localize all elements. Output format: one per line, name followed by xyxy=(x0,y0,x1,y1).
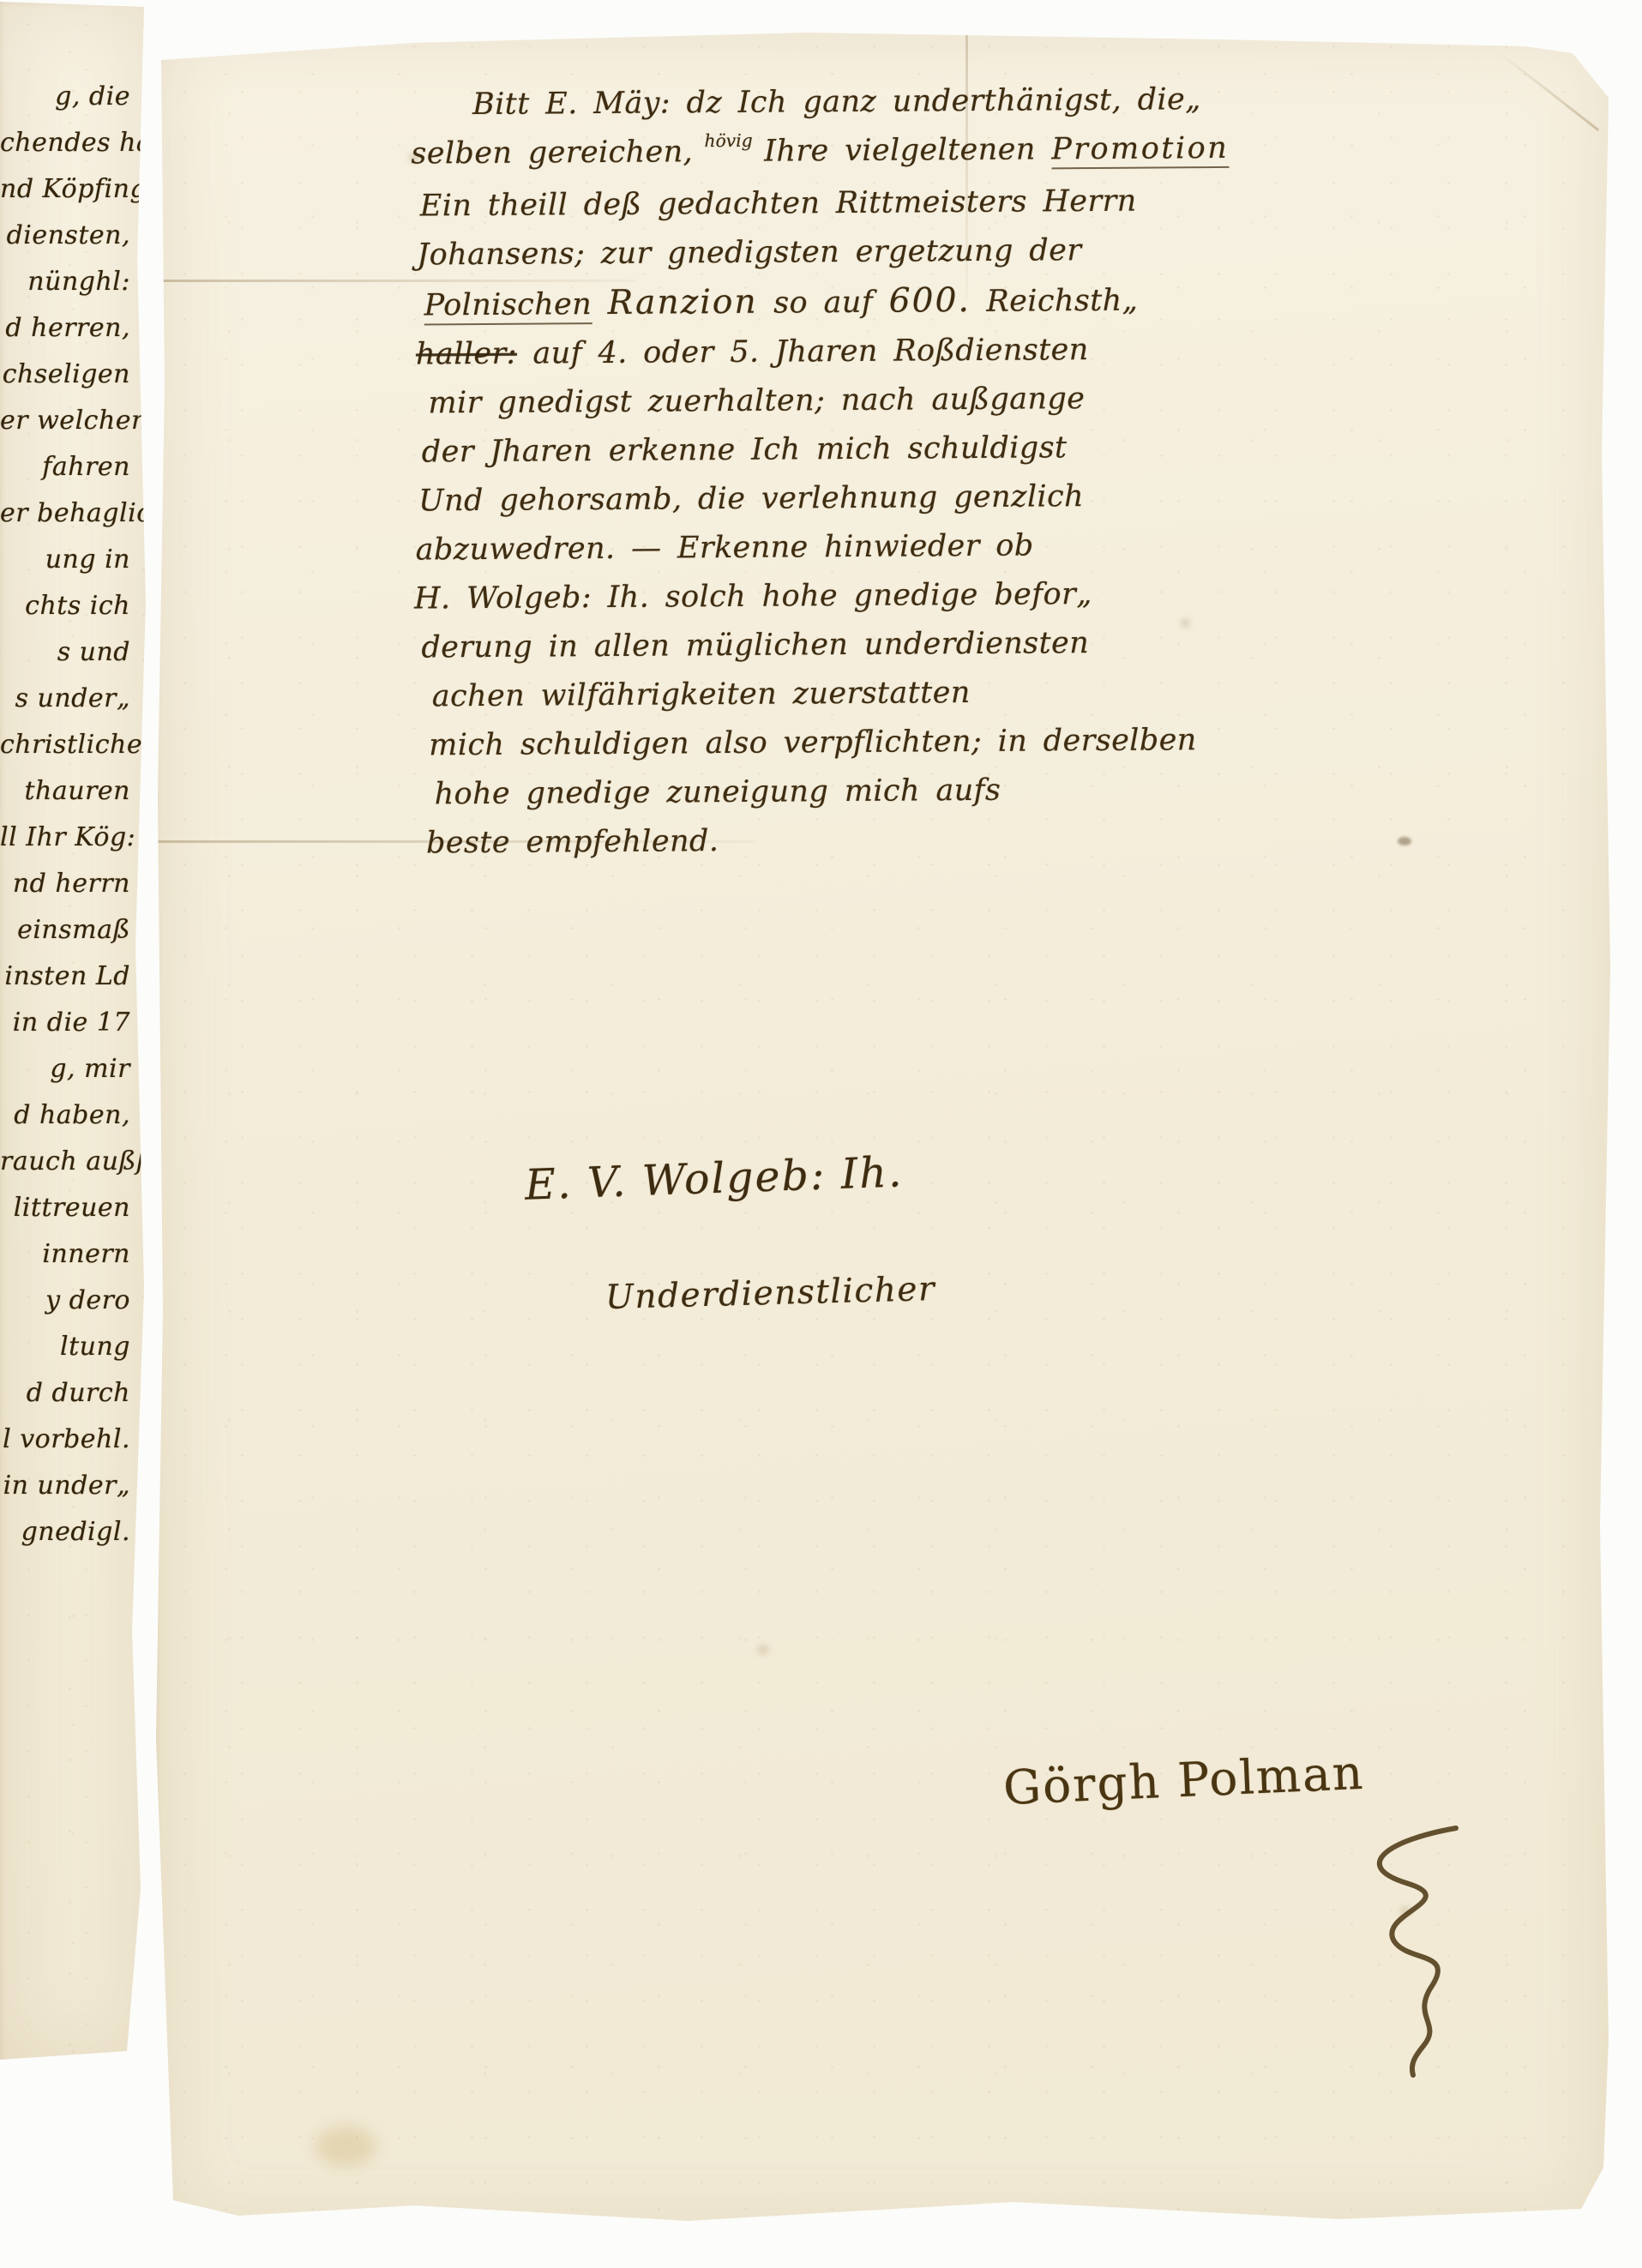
manuscript-word-segment: Ihre vielgeltenen xyxy=(764,132,1051,168)
adjacent-page-fragment: innern xyxy=(0,1231,130,1278)
manuscript-word-segment: Ein theill deß gedachten Rittmeisters He… xyxy=(420,184,1137,224)
adjacent-page-fragment: chseligen xyxy=(0,352,130,398)
adjacent-page-fragment: s und xyxy=(0,629,130,676)
adjacent-page-fragment: d herren, xyxy=(0,305,130,352)
adjacent-page-fragment: gnedigl. xyxy=(0,1509,130,1555)
manuscript-line: derung in allen müglichen underdiensten xyxy=(421,616,1529,672)
manuscript-word-segment: mich schuldigen also verpflichten; in de… xyxy=(429,723,1197,762)
adjacent-page-fragment: einsmaß xyxy=(0,907,130,954)
manuscript-line: der Jharen erkenne Ich mich schuldigst xyxy=(422,420,1528,477)
adjacent-page-fragment: nünghl: xyxy=(0,259,130,305)
manuscript-word-segment: Promotion xyxy=(1051,131,1229,169)
manuscript-line: haller: auf 4. oder 5. Jharen Roßdienste… xyxy=(416,322,1527,379)
manuscript-line: H. Wolgeb: Ih. solch hohe gnedige befor„ xyxy=(414,567,1529,623)
manuscript-word-segment: hövig xyxy=(693,129,764,151)
manuscript-word-segment: H. Wolgeb: Ih. solch hohe gnedige befor„ xyxy=(414,577,1092,617)
letter-body-text: Bitt E. Mäy: dz Ich ganz underthänigst, … xyxy=(411,73,1531,868)
adjacent-page-fragment: chendes halb xyxy=(0,120,130,166)
adjacent-page-fragment: nd Köpfingh. xyxy=(0,166,130,213)
manuscript-word-segment: mir gnedigst zuerhalten; nach außgange xyxy=(428,382,1085,420)
manuscript-word-segment: selben gereichen, xyxy=(411,135,693,171)
manuscript-line: hohe gnedige zuneigung mich aufs xyxy=(434,762,1530,819)
manuscript-word-segment: achen wilfährigkeiten zuerstatten xyxy=(432,676,971,713)
manuscript-line: beste empfehlend. xyxy=(426,811,1531,868)
adjacent-page-fragment: rauch außß„ xyxy=(0,1139,130,1185)
adjacent-page-fragment: insten Ld xyxy=(0,954,130,1000)
manuscript-word-segment: Reichsth„ xyxy=(971,284,1139,319)
manuscript-line: Bitt E. Mäy: dz Ich ganz underthänigst, … xyxy=(472,73,1525,129)
manuscript-line: achen wilfährigkeiten zuerstatten xyxy=(432,665,1530,721)
adjacent-page-fragment: y dero xyxy=(0,1278,130,1324)
valediction-line: E. V. Wolgeb: Ih. xyxy=(524,1147,904,1209)
adjacent-page-fragment: diensten, xyxy=(0,213,130,259)
manuscript-line: Ein theill deß gedachten Rittmeisters He… xyxy=(420,174,1526,231)
adjacent-page-fragment: l vorbehl. xyxy=(0,1417,130,1463)
adjacent-page-strip: g, diechendes halbnd Köpfingh.diensten,n… xyxy=(0,2,151,2066)
manuscript-line: Polnischen Ranzion so auf 600. Reichsth„ xyxy=(424,272,1526,330)
letter-page: Bitt E. Mäy: dz Ich ganz underthänigst, … xyxy=(156,24,1614,2241)
valediction-role: Underdienstlicher xyxy=(604,1270,935,1317)
manuscript-word-segment: auf 4. oder 5. Jharen Roßdiensten xyxy=(517,333,1089,371)
manuscript-word-segment: Ranzion xyxy=(607,283,757,322)
paper-stain xyxy=(316,2127,376,2166)
manuscript-word-segment: Polnischen xyxy=(424,287,592,325)
adjacent-page-fragment: d durch xyxy=(0,1370,130,1417)
adjacent-page-fragment: christlichen xyxy=(0,722,130,768)
manuscript-word-segment: haller: xyxy=(416,337,517,372)
adjacent-page-fragment: s under„ xyxy=(0,676,130,722)
manuscript-word-segment: Johansens; zur gnedigsten ergetzung der xyxy=(417,233,1081,272)
manuscript-word-segment: derung in allen müglichen underdiensten xyxy=(421,626,1089,665)
adjacent-page-fragment: ung in xyxy=(0,537,130,583)
manuscript-word-segment: 600. xyxy=(889,281,971,321)
adjacent-page-fragment: ll Ihr Kög: xyxy=(0,815,130,861)
adjacent-page-fragment: er welchen xyxy=(0,398,130,444)
manuscript-word-segment: Und gehorsamb, die verlehnung genzlich xyxy=(418,479,1084,518)
adjacent-page-fragment: d haben, xyxy=(0,1092,130,1139)
manuscript-scan: g, diechendes halbnd Köpfingh.diensten,n… xyxy=(0,0,1642,2268)
manuscript-word-segment: so auf xyxy=(758,286,889,321)
manuscript-word-segment xyxy=(592,287,608,322)
manuscript-line: Johansens; zur gnedigsten ergetzung der xyxy=(417,223,1526,280)
adjacent-page-text-block: g, diechendes halbnd Köpfingh.diensten,n… xyxy=(0,74,130,1555)
adjacent-page-fragment: littreuen xyxy=(0,1185,130,1231)
signature-paraph-flourish xyxy=(1327,1821,1473,2078)
manuscript-line: Und gehorsamb, die verlehnung genzlich xyxy=(418,469,1528,526)
adjacent-page-fragment: nd herrn xyxy=(0,861,130,907)
adjacent-page-fragment: in die 17 xyxy=(0,1000,130,1046)
adjacent-page-fragment: chts ich xyxy=(0,583,130,629)
fox-spot xyxy=(758,1646,768,1653)
manuscript-word-segment: der Jharen erkenne Ich mich schuldigst xyxy=(422,430,1068,469)
manuscript-line: selben gereichen, hövig Ihre vielgeltene… xyxy=(411,122,1525,182)
manuscript-word-segment: beste empfehlend. xyxy=(426,824,719,860)
manuscript-line: abzuwedren. — Erkenne hinwieder ob xyxy=(415,518,1528,575)
adjacent-page-fragment: fahren xyxy=(0,444,130,490)
adjacent-page-fragment: g, mir xyxy=(0,1046,130,1092)
manuscript-line: mir gnedigst zuerhalten; nach außgange xyxy=(428,371,1527,428)
adjacent-page-fragment: ltung xyxy=(0,1324,130,1370)
adjacent-page-fragment: er behaglich xyxy=(0,490,130,537)
manuscript-line: mich schuldigen also verpflichten; in de… xyxy=(429,713,1530,770)
manuscript-word-segment: Bitt E. Mäy: dz Ich ganz underthänigst, … xyxy=(472,82,1201,122)
manuscript-word-segment: hohe gnedige zuneigung mich aufs xyxy=(434,773,1001,812)
signature-name: Görgh Polman xyxy=(1002,1745,1366,1815)
adjacent-page-fragment: thauren xyxy=(0,768,130,815)
manuscript-word-segment: abzuwedren. — Erkenne hinwieder ob xyxy=(415,528,1033,567)
adjacent-page-fragment: g, die xyxy=(0,74,130,120)
adjacent-page-fragment: in under„ xyxy=(0,1463,130,1509)
